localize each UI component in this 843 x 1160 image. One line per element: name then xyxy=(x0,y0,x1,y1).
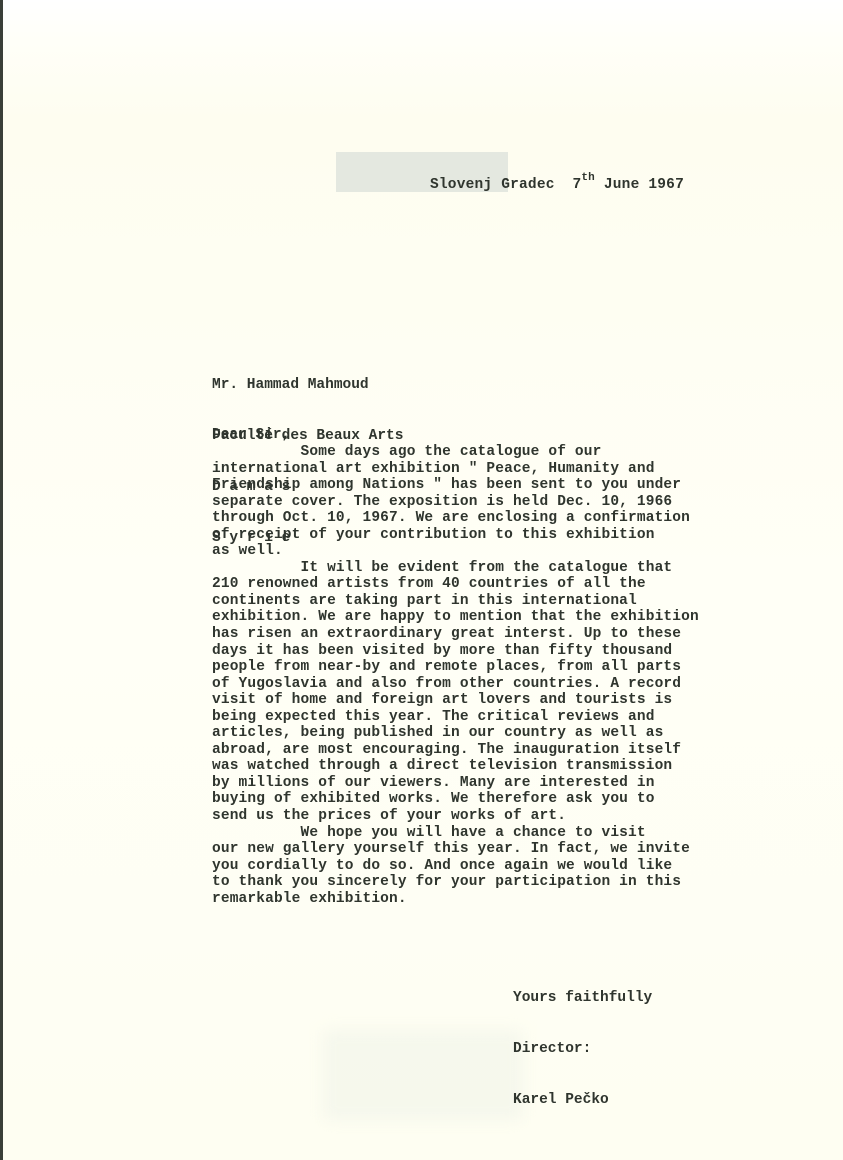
body-line: of receipt of your contribution to this … xyxy=(212,527,699,544)
body-line: separate cover. The exposition is held D… xyxy=(212,494,699,511)
body-line: people from near-by and remote places, f… xyxy=(212,659,699,676)
body-line: Some days ago the catalogue of our xyxy=(212,444,699,461)
address-line: Mr. Hammad Mahmoud xyxy=(212,377,403,394)
body-line: continents are taking part in this inter… xyxy=(212,593,699,610)
body-line: international art exhibition " Peace, Hu… xyxy=(212,461,699,478)
body-line: of Yugoslavia and also from other countr… xyxy=(212,676,699,693)
body-line: buying of exhibited works. We therefore … xyxy=(212,791,699,808)
body-line: to thank you sincerely for your particip… xyxy=(212,874,699,891)
signer-title: Director: xyxy=(513,1041,652,1058)
body-line: send us the prices of your works of art. xyxy=(212,808,699,825)
dateline-day: 7 xyxy=(572,177,581,193)
signature-block: Yours faithfully Director: Karel Pečko xyxy=(513,956,652,1126)
closing-line: Yours faithfully xyxy=(513,990,652,1007)
dateline-month-year: June 1967 xyxy=(604,177,684,193)
body-line: visit of home and foreign art lovers and… xyxy=(212,692,699,709)
dateline-place: Slovenj Gradec xyxy=(430,177,555,193)
body-line: was watched through a direct television … xyxy=(212,758,699,775)
body-line: remarkable exhibition. xyxy=(212,891,699,908)
body-line: exhibition. We are happy to mention that… xyxy=(212,609,699,626)
dateline-day-suffix: th xyxy=(581,172,595,184)
signer-name: Karel Pečko xyxy=(513,1092,652,1109)
body-line: has risen an extraordinary great interst… xyxy=(212,626,699,643)
body-line: abroad, are most encouraging. The inaugu… xyxy=(212,742,699,759)
body-line: by millions of our viewers. Many are int… xyxy=(212,775,699,792)
body-line: days it has been visited by more than fi… xyxy=(212,643,699,660)
dateline: Slovenj Gradec 7th June 1967 xyxy=(430,170,684,195)
letter-body: Some days ago the catalogue of ourintern… xyxy=(212,444,699,907)
body-line: our new gallery yourself this year. In f… xyxy=(212,841,699,858)
salutation: Dear Sir, xyxy=(212,427,290,444)
body-line: We hope you will have a chance to visit xyxy=(212,825,699,842)
paper-glare xyxy=(323,1030,523,1120)
body-line: through Oct. 10, 1967. We are enclosing … xyxy=(212,510,699,527)
body-line: you cordially to do so. And once again w… xyxy=(212,858,699,875)
body-line: being expected this year. The critical r… xyxy=(212,709,699,726)
body-line: It will be evident from the catalogue th… xyxy=(212,560,699,577)
body-line: articles, being published in our country… xyxy=(212,725,699,742)
body-line: 210 renowned artists from 40 countries o… xyxy=(212,576,699,593)
body-line: Friendship among Nations " has been sent… xyxy=(212,477,699,494)
body-line: as well. xyxy=(212,543,699,560)
